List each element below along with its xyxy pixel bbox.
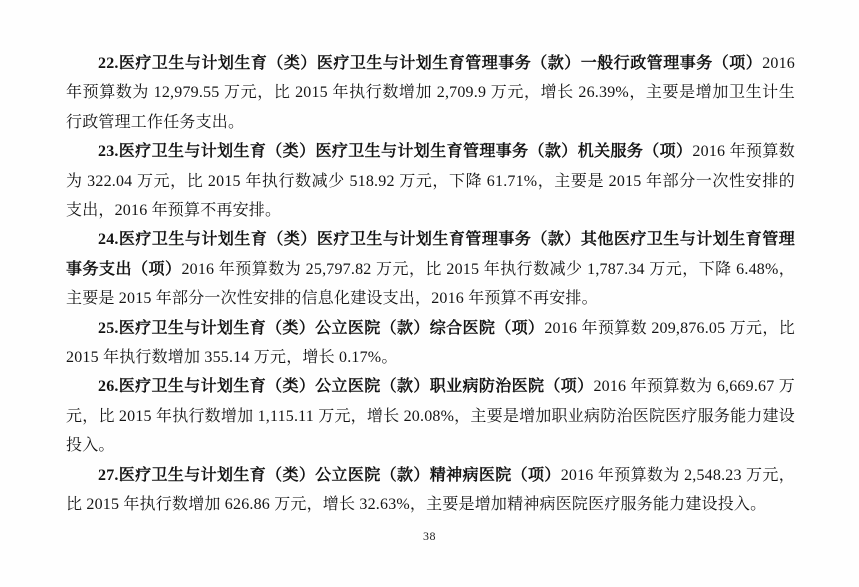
- document-body: 22.医疗卫生与计划生育（类）医疗卫生与计划生育管理事务（款）一般行政管理事务（…: [66, 49, 795, 520]
- page-number: 38: [0, 529, 859, 544]
- item-22-heading: 22.医疗卫生与计划生育（类）医疗卫生与计划生育管理事务（款）一般行政管理事务（…: [98, 55, 762, 72]
- paragraph-item-25: 25.医疗卫生与计划生育（类）公立医院（款）综合医院（项）2016 年预算数 2…: [66, 314, 795, 373]
- paragraph-item-26: 26.医疗卫生与计划生育（类）公立医院（款）职业病防治医院（项）2016 年预算…: [66, 372, 795, 460]
- item-26-heading: 26.医疗卫生与计划生育（类）公立医院（款）职业病防治医院（项）: [98, 378, 593, 395]
- item-25-heading: 25.医疗卫生与计划生育（类）公立医院（款）综合医院（项）: [98, 320, 544, 337]
- item-27-heading: 27.医疗卫生与计划生育（类）公立医院（款）精神病医院（项）: [98, 467, 561, 484]
- paragraph-item-22: 22.医疗卫生与计划生育（类）医疗卫生与计划生育管理事务（款）一般行政管理事务（…: [66, 49, 795, 137]
- paragraph-item-24: 24.医疗卫生与计划生育（类）医疗卫生与计划生育管理事务（款）其他医疗卫生与计划…: [66, 225, 795, 313]
- paragraph-item-23: 23.医疗卫生与计划生育（类）医疗卫生与计划生育管理事务（款）机关服务（项）20…: [66, 137, 795, 225]
- item-23-heading: 23.医疗卫生与计划生育（类）医疗卫生与计划生育管理事务（款）机关服务（项）: [98, 143, 692, 160]
- paragraph-item-27: 27.医疗卫生与计划生育（类）公立医院（款）精神病医院（项）2016 年预算数为…: [66, 461, 795, 520]
- document-page: 22.医疗卫生与计划生育（类）医疗卫生与计划生育管理事务（款）一般行政管理事务（…: [0, 0, 859, 587]
